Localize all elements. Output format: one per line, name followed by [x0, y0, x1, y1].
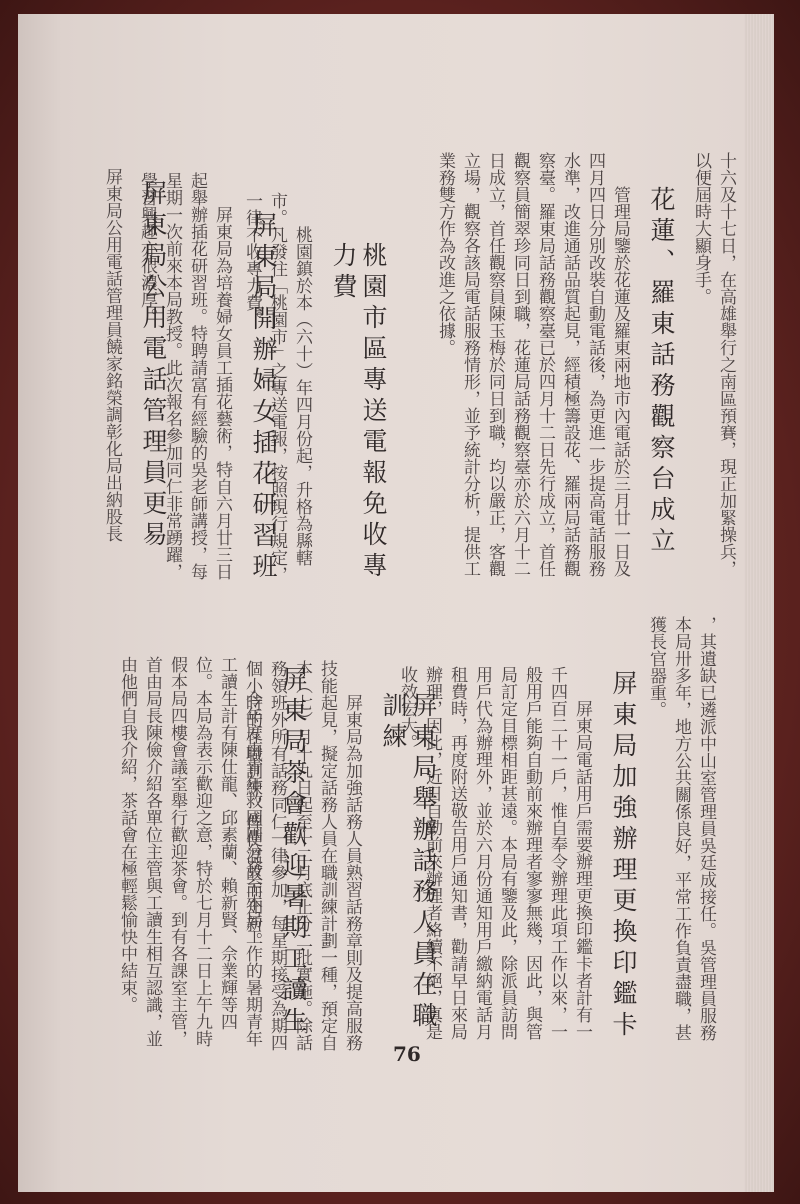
article-body: 今年度由青年救國團分發至本局工作的暑期青年工讀生計有陳仕龍、邱素蘭、賴新賢、佘業… [114, 656, 264, 1056]
continuation-text-bottom: ，其遺缺已遴派中山室管理員吳廷成接任。吳管理員服務本局卅多年，地方公共關係良好，… [643, 616, 718, 1056]
article-title: 屏東局舉辦話務人員在職訓練 [378, 616, 438, 1056]
article-title: 屏東局開辦婦女插花研習班 [248, 152, 278, 592]
continuation-paragraph: 十六及十七日，在高雄舉行之南區預賽，現正加緊操兵，以便屆時大顯身手。 [688, 152, 738, 592]
article-pingtung-manager-change: 屏東局公用電話管理員更易 屏東局公用電話管理員饒家銘榮調彰化局出納股長 [99, 152, 168, 592]
article-body: 屏東局公用電話管理員饒家銘榮調彰化局出納股長 [99, 168, 124, 592]
book-page: 十六及十七日，在高雄舉行之南區預賽，現正加緊操兵，以便屆時大顯身手。 花蓮、羅東… [18, 14, 744, 1192]
article-title: 屏東局茶會歡迎暑期工讀生 [278, 616, 308, 1056]
article-title: 屏東局公用電話管理員更易 [138, 152, 168, 592]
continuation-paragraph: ，其遺缺已遴派中山室管理員吳廷成接任。吳管理員服務本局卅多年，地方公共關係良好，… [643, 616, 718, 1056]
page-content: 十六及十七日，在高雄舉行之南區預賽，現正加緊操兵，以便屆時大顯身手。 花蓮、羅東… [78, 134, 738, 1054]
article-title: 花蓮、羅東話務觀察台成立 [646, 152, 676, 592]
article-body: 管理局鑒於花蓮及羅東兩地市內電話於三月廿一日及四月四日分別改裝自動電話後，為更進… [432, 152, 632, 592]
page-edges [743, 14, 774, 1192]
continuation-text-top: 十六及十七日，在高雄舉行之南區預賽，現正加緊操兵，以便屆時大顯身手。 [688, 152, 738, 592]
book-page-block: 十六及十七日，在高雄舉行之南區預賽，現正加緊操兵，以便屆時大顯身手。 花蓮、羅東… [18, 14, 774, 1192]
article-pingtung-tea-party: 屏東局茶會歡迎暑期工讀生 今年度由青年救國團分發至本局工作的暑期青年工讀生計有陳… [114, 616, 308, 1056]
article-hualien-luodong: 花蓮、羅東話務觀察台成立 管理局鑒於花蓮及羅東兩地市內電話於三月廿一日及四月四日… [432, 152, 676, 592]
article-title: 桃園市區專送電報免收專力費 [328, 152, 388, 592]
page-number: 76 [393, 1042, 421, 1066]
article-title: 屏東局加強辦理更換印鑑卡 [608, 616, 638, 1056]
